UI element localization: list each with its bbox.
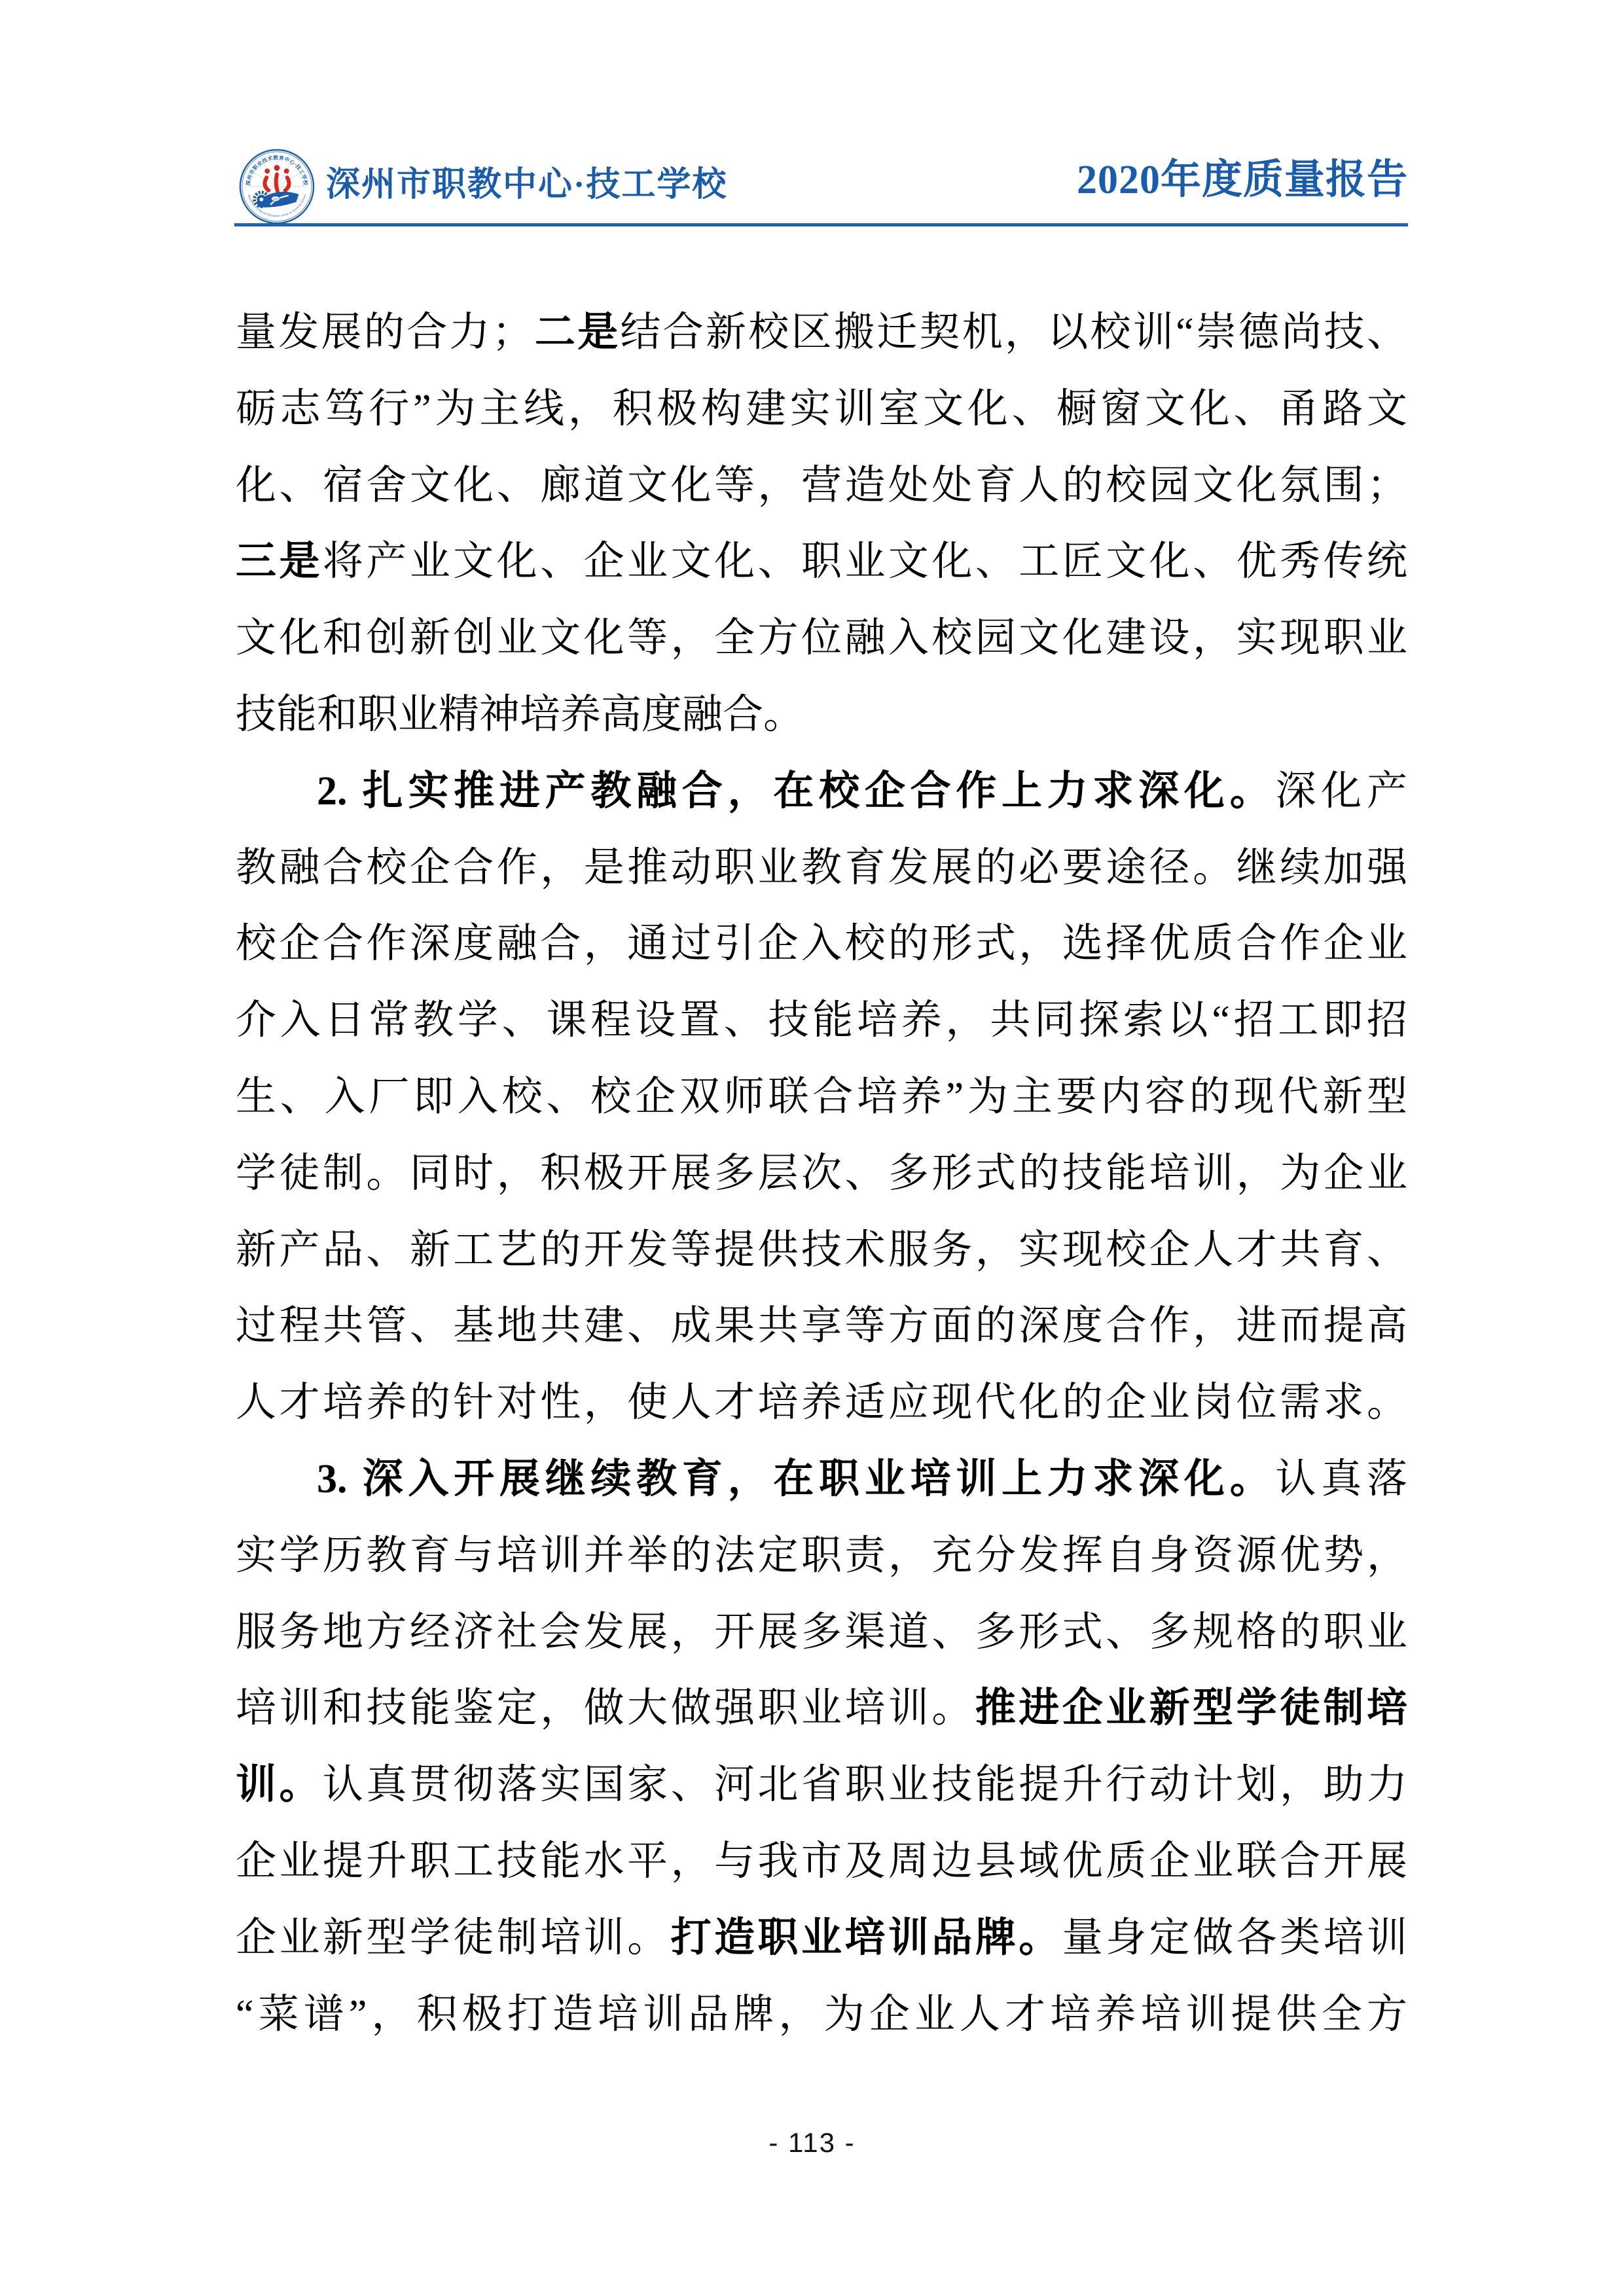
text-segment: 校企合作深度融合，通过引企入校的形式，选择优质合作企业 xyxy=(236,922,1407,966)
text-segment: “菜谱”，积极打造培训品牌，为企业人才培养培训提供全方 xyxy=(236,1992,1407,2037)
text-segment: 新产品、新工艺的开发等提供技术服务，实现校企人才共育、 xyxy=(236,1228,1407,1272)
text-segment: 学徒制。同时，积极开展多层次、多形式的技能培训，为企业 xyxy=(236,1151,1407,1196)
school-name: 深州市职教中心·技工学校 xyxy=(326,165,727,206)
text-line: 服务地方经济社会发展，开展多渠道、多形式、多规格的职业 xyxy=(236,1594,1407,1671)
text-segment: 企业新型学徒制培训。 xyxy=(236,1916,671,1960)
text-segment: 三是 xyxy=(236,539,323,584)
text-line: 实学历教育与培训并举的法定职责，充分发挥自身资源优势， xyxy=(236,1518,1407,1594)
text-line: “菜谱”，积极打造培训品牌，为企业人才培养培训提供全方 xyxy=(236,1977,1407,2053)
text-segment: 训。 xyxy=(236,1763,323,1807)
logo-year-text: 2003 xyxy=(273,197,280,200)
text-segment: 企业提升职工技能水平，与我市及周边县域优质企业联合开展 xyxy=(236,1839,1407,1884)
text-segment: 介入日常教学、课程设置、技能培养，共同探索以“招工即招 xyxy=(236,998,1407,1043)
text-segment: 过程共管、基地共建、成果共享等方面的深度合作，进而提高 xyxy=(236,1304,1407,1348)
school-logo-badge: 2003 深州市职业技术教育中心·技工学校 Shenzhou Vocationa… xyxy=(238,148,316,225)
page-number: - 113 - xyxy=(0,2127,1624,2159)
text-line: 教融合校企合作，是推动职业教育发展的必要途径。继续加强 xyxy=(236,830,1407,906)
text-segment: 认真落 xyxy=(1276,1457,1407,1501)
text-line: 企业提升职工技能水平，与我市及周边县域优质企业联合开展 xyxy=(236,1823,1407,1900)
text-line: 过程共管、基地共建、成果共享等方面的深度合作，进而提高 xyxy=(236,1288,1407,1365)
text-segment: 二是 xyxy=(533,310,621,355)
text-segment: 结合新校区搬迁契机，以校训“崇德尚技、 xyxy=(620,310,1407,355)
header-rule xyxy=(234,223,1408,226)
text-segment: 将产业文化、企业文化、职业文化、工匠文化、优秀传统 xyxy=(323,539,1407,584)
text-line: 砺志笃行”为主线，积极构建实训室文化、橱窗文化、甬路文 xyxy=(236,371,1407,448)
text-line: 化、宿舍文化、廊道文化等，营造处处育人的校园文化氛围； xyxy=(236,448,1407,524)
text-line: 培训和技能鉴定，做大做强职业培训。推进企业新型学徒制培 xyxy=(236,1670,1407,1747)
text-line: 企业新型学徒制培训。打造职业培训品牌。量身定做各类培训 xyxy=(236,1900,1407,1977)
text-line: 训。认真贯彻落实国家、河北省职业技能提升行动计划，助力 xyxy=(236,1747,1407,1823)
text-segment: 培训和技能鉴定，做大做强职业培训。 xyxy=(236,1686,975,1731)
text-segment: 人才培养的针对性，使人才培养适应现代化的企业岗位需求。 xyxy=(236,1380,1407,1425)
text-segment: 服务地方经济社会发展，开展多渠道、多形式、多规格的职业 xyxy=(236,1610,1407,1655)
text-line: 生、入厂即入校、校企双师联合培养”为主要内容的现代新型 xyxy=(236,1059,1407,1136)
text-segment: 化、宿舍文化、廊道文化等，营造处处育人的校园文化氛围； xyxy=(236,463,1407,508)
document-body: 量发展的合力；二是结合新校区搬迁契机，以校训“崇德尚技、砺志笃行”为主线，积极构… xyxy=(236,295,1407,2053)
text-segment: 技能和职业精神培养高度融合。 xyxy=(236,692,804,737)
text-segment: 生、入厂即入校、校企双师联合培养”为主要内容的现代新型 xyxy=(236,1075,1407,1119)
text-line: 介入日常教学、课程设置、技能培养，共同探索以“招工即招 xyxy=(236,982,1407,1059)
text-line: 三是将产业文化、企业文化、职业文化、工匠文化、优秀传统 xyxy=(236,524,1407,600)
text-segment: 砺志笃行”为主线，积极构建实训室文化、橱窗文化、甬路文 xyxy=(236,387,1407,431)
logo-year-badge: 2003 xyxy=(272,196,280,202)
text-line: 技能和职业精神培养高度融合。 xyxy=(236,677,1407,753)
text-segment: 量身定做各类培训 xyxy=(1062,1916,1407,1960)
text-segment: 2. 扎实推进产教融合，在校企合作上力求深化。 xyxy=(317,769,1276,814)
text-segment: 教融合校企合作，是推动职业教育发展的必要途径。继续加强 xyxy=(236,846,1407,890)
text-segment: 认真贯彻落实国家、河北省职业技能提升行动计划，助力 xyxy=(323,1763,1407,1807)
report-title: 2020年度质量报告 xyxy=(1077,158,1408,202)
text-line: 学徒制。同时，积极开展多层次、多形式的技能培训，为企业 xyxy=(236,1136,1407,1212)
text-segment: 文化和创新创业文化等，全方位融入校园文化建设，实现职业 xyxy=(236,616,1407,660)
text-line: 人才培养的针对性，使人才培养适应现代化的企业岗位需求。 xyxy=(236,1365,1407,1441)
text-segment: 打造职业培训品牌。 xyxy=(671,1916,1062,1960)
text-segment: 推进企业新型学徒制培 xyxy=(975,1686,1407,1731)
text-line: 2. 扎实推进产教融合，在校企合作上力求深化。深化产 xyxy=(236,753,1407,830)
text-line: 校企合作深度融合，通过引企入校的形式，选择优质合作企业 xyxy=(236,906,1407,982)
text-line: 量发展的合力；二是结合新校区搬迁契机，以校训“崇德尚技、 xyxy=(236,295,1407,371)
document-page: 2003 深州市职业技术教育中心·技工学校 Shenzhou Vocationa… xyxy=(0,0,1624,2296)
text-segment: 实学历教育与培训并举的法定职责，充分发挥自身资源优势， xyxy=(236,1534,1407,1578)
text-line: 文化和创新创业文化等，全方位融入校园文化建设，实现职业 xyxy=(236,600,1407,677)
text-line: 3. 深入开展继续教育，在职业培训上力求深化。认真落 xyxy=(236,1441,1407,1518)
text-segment: 量发展的合力； xyxy=(236,310,533,355)
text-line: 新产品、新工艺的开发等提供技术服务，实现校企人才共育、 xyxy=(236,1212,1407,1289)
text-segment: 深化产 xyxy=(1276,769,1407,814)
text-segment: 3. 深入开展继续教育，在职业培训上力求深化。 xyxy=(317,1457,1276,1501)
